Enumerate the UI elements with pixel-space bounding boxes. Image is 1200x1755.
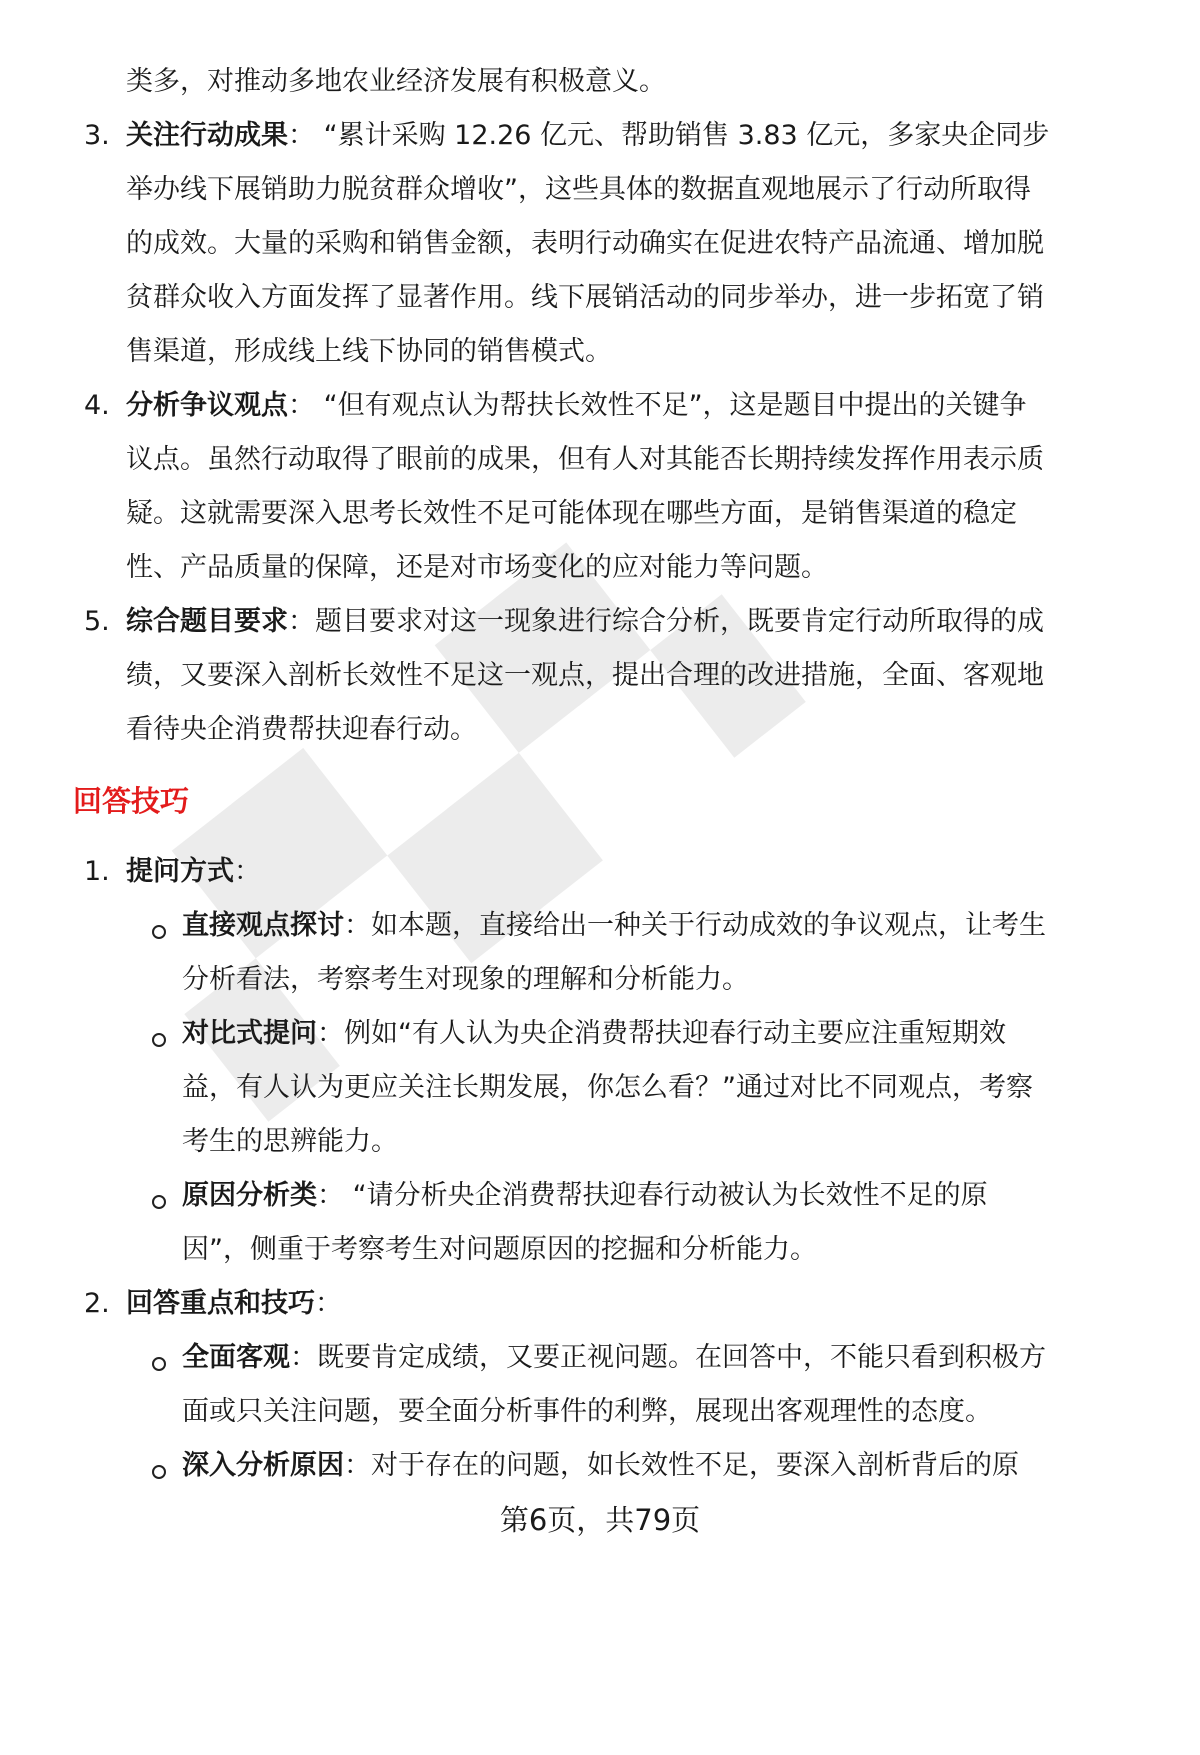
list-item-line: 举办线下展销助力脱贫群众增收”，这些具体的数据直观地展示了行动所取得 (126, 170, 1031, 210)
bullet-first-line: 直接观点探讨：如本题，直接给出一种关于行动成效的争议观点，让考生 (182, 906, 1046, 946)
document-page: 类多，对推动多地农业经济发展有积极意义。 3. 关注行动成果： “累计采购 12… (0, 0, 1200, 62)
bullet-line: 面或只关注问题，要全面分析事件的利弊，展现出客观理性的态度。 (182, 1392, 992, 1432)
list-item-line: 售渠道，形成线上线下协同的销售模式。 (126, 332, 612, 372)
list-item-line: 贫群众收入方面发挥了显著作用。线下展销活动的同步举办，进一步拓宽了销 (126, 278, 1044, 318)
list-item-text: ：题目要求对这一现象进行综合分析，既要肯定行动所取得的成 (288, 606, 1044, 637)
circle-bullet-icon (152, 1033, 166, 1047)
list-item-line: 的成效。大量的采购和销售金额，表明行动确实在促进农特产品流通、增加脱 (126, 224, 1044, 264)
list-number: 1. (84, 852, 124, 892)
list-item-line: 绩，又要深入剖析长效性不足这一观点，提出合理的改进措施，全面、客观地 (126, 656, 1044, 696)
tip-suffix: ： (315, 1288, 342, 1319)
list-number: 3. (84, 116, 124, 156)
tip-term: 回答重点和技巧 (126, 1288, 315, 1319)
list-number: 2. (84, 1284, 124, 1324)
bullet-line: 因”，侧重于考察考生对问题原因的挖掘和分析能力。 (182, 1230, 817, 1270)
list-item-line: 议点。虽然行动取得了眼前的成果，但有人对其能否长期持续发挥作用表示质 (126, 440, 1044, 480)
paragraph-line: 类多，对推动多地农业经济发展有积极意义。 (126, 62, 666, 102)
tip-heading: 回答重点和技巧： (126, 1284, 342, 1324)
bullet-term: 深入分析原因 (182, 1450, 344, 1481)
bullet-first-line: 对比式提问：例如“有人认为央企消费帮扶迎春行动主要应注重短期效 (182, 1014, 1006, 1054)
list-item-term: 分析争议观点 (126, 390, 288, 421)
bullet-first-line: 全面客观：既要肯定成绩，又要正视问题。在回答中，不能只看到积极方 (182, 1338, 1046, 1378)
bullet-term: 全面客观 (182, 1342, 290, 1373)
bullet-text: ： “请分析央企消费帮扶迎春行动被认为长效性不足的原 (317, 1180, 988, 1211)
bullet-first-line: 原因分析类： “请分析央企消费帮扶迎春行动被认为长效性不足的原 (182, 1176, 988, 1216)
bullet-text: ：如本题，直接给出一种关于行动成效的争议观点，让考生 (344, 910, 1046, 941)
list-item-line: 性、产品质量的保障，还是对市场变化的应对能力等问题。 (126, 548, 828, 588)
list-item-term: 综合题目要求 (126, 606, 288, 637)
list-item-line: 看待央企消费帮扶迎春行动。 (126, 710, 477, 750)
circle-bullet-icon (152, 1357, 166, 1371)
bullet-first-line: 深入分析原因：对于存在的问题，如长效性不足，要深入剖析背后的原 (182, 1446, 1019, 1486)
list-item-first-line: 分析争议观点： “但有观点认为帮扶长效性不足”，这是题目中提出的关键争 (126, 386, 1027, 426)
list-number: 5. (84, 602, 124, 642)
list-item-term: 关注行动成果 (126, 120, 288, 151)
page-number-footer: 第6页，共79页 (0, 1500, 1200, 1540)
bullet-term: 直接观点探讨 (182, 910, 344, 941)
bullet-term: 对比式提问 (182, 1018, 317, 1049)
bullet-line: 分析看法，考察考生对现象的理解和分析能力。 (182, 960, 749, 1000)
list-item-first-line: 关注行动成果： “累计采购 12.26 亿元、帮助销售 3.83 亿元，多家央企… (126, 116, 1049, 156)
bullet-text: ：既要肯定成绩，又要正视问题。在回答中，不能只看到积极方 (290, 1342, 1046, 1373)
list-item-first-line: 综合题目要求：题目要求对这一现象进行综合分析，既要肯定行动所取得的成 (126, 602, 1044, 642)
bullet-term: 原因分析类 (182, 1180, 317, 1211)
list-item-text: ： “累计采购 12.26 亿元、帮助销售 3.83 亿元，多家央企同步 (288, 120, 1049, 151)
tip-suffix: ： (234, 856, 261, 887)
list-item-line: 疑。这就需要深入思考长效性不足可能体现在哪些方面，是销售渠道的稳定 (126, 494, 1017, 534)
circle-bullet-icon (152, 1465, 166, 1479)
tip-heading: 提问方式： (126, 852, 261, 892)
bullet-text: ：对于存在的问题，如长效性不足，要深入剖析背后的原 (344, 1450, 1019, 1481)
bullet-line: 益，有人认为更应关注长期发展，你怎么看？”通过对比不同观点，考察 (182, 1068, 1033, 1108)
circle-bullet-icon (152, 925, 166, 939)
list-number: 4. (84, 386, 124, 426)
tip-term: 提问方式 (126, 856, 234, 887)
bullet-line: 考生的思辨能力。 (182, 1122, 398, 1162)
circle-bullet-icon (152, 1195, 166, 1209)
section-heading: 回答技巧 (73, 781, 189, 821)
list-item-text: ： “但有观点认为帮扶长效性不足”，这是题目中提出的关键争 (288, 390, 1027, 421)
bullet-text: ：例如“有人认为央企消费帮扶迎春行动主要应注重短期效 (317, 1018, 1006, 1049)
